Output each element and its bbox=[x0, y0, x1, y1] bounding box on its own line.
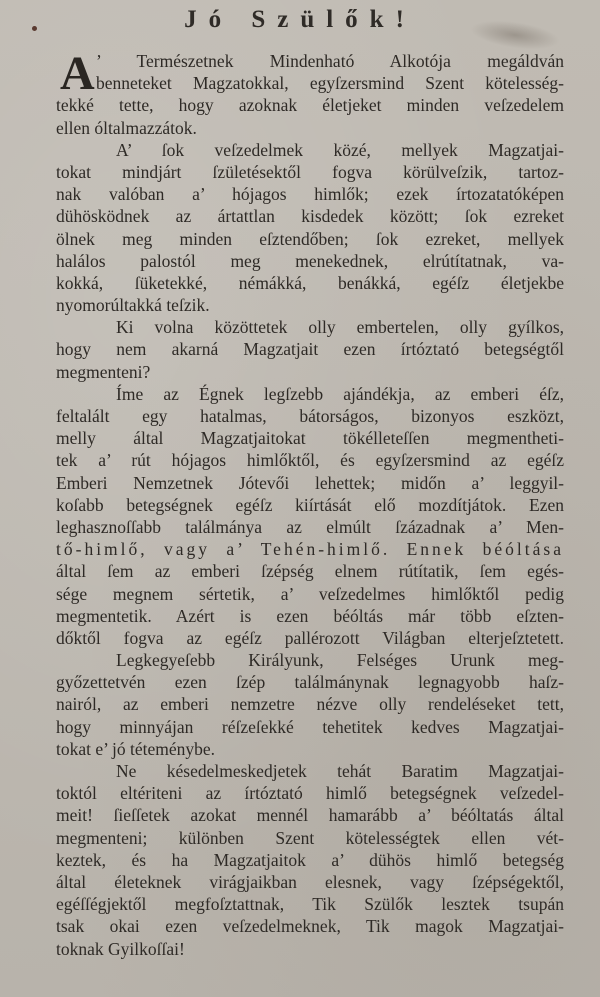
text-line: keztek, és ha Magzatjaitok a’ dühös himl… bbox=[56, 849, 564, 871]
text-line: tő-himlő, vagy a’ Tehén-himlő. Ennek béó… bbox=[56, 538, 564, 560]
text-line: nairól, az emberi nemzetre nézve olly re… bbox=[56, 693, 564, 715]
text-line: nak valóban a’ hójagos himlők; ezek írto… bbox=[56, 183, 564, 205]
text-line: által ſem az emberi ſzépség elnem rútíta… bbox=[56, 560, 564, 582]
text-line: győzettetvén ezen ſzép találmánynak legn… bbox=[56, 671, 564, 693]
text-line: leghasznoſſabb találmánya az elmúlt ſzáz… bbox=[56, 516, 564, 538]
document-page: Jó Szülők! A ’ Természetnek Mindenható A… bbox=[0, 0, 600, 997]
text-line: egéſſégjektől megfoſztattnak, Tik Szülők… bbox=[56, 893, 564, 915]
text-line: tokat mindjárt ſzületésektől fogva körül… bbox=[56, 161, 564, 183]
text-line: megmenteni? bbox=[56, 361, 564, 383]
text-line: toknak Gyilkoſſai! bbox=[56, 938, 564, 960]
text-line: hogy nem akarná Magzatjait ezen írtóztat… bbox=[56, 338, 564, 360]
text-line: által életeknek virágjaikban elesnek, va… bbox=[56, 871, 564, 893]
text-line: tokat e’ jó téteménybe. bbox=[56, 738, 564, 760]
text-line: Íme az Égnek legſzebb ajándékja, az embe… bbox=[56, 383, 564, 405]
text-line: halálos palostól meg menekednek, elrútít… bbox=[56, 250, 564, 272]
text-line: Ne késedelmeskedjetek tehát Baratim Magz… bbox=[56, 760, 564, 782]
text-line: Legkegyeſebb Királyunk, Felséges Urunk m… bbox=[56, 649, 564, 671]
text-line: koſabb betegségnek egéſz kiírtását elő m… bbox=[56, 494, 564, 516]
text-line: dühösködnek az ártattlan kisdedek között… bbox=[56, 205, 564, 227]
document-body: A ’ Természetnek Mindenható Alkotója meg… bbox=[56, 50, 564, 960]
drop-cap: A bbox=[60, 50, 95, 98]
text-line: Emberi Nemzetnek Jótevői lehettek; midőn… bbox=[56, 472, 564, 494]
text-line: hogy minnyájan réſzeſekké tehetitek kedv… bbox=[56, 716, 564, 738]
text-line: A’ ſok veſzedelmek közé, mellyek Magzatj… bbox=[56, 139, 564, 161]
text-line: kokká, ſüketekké, némákká, benákká, egéſ… bbox=[56, 272, 564, 294]
text-line: nyomorúltakká teſzik. bbox=[56, 294, 564, 316]
text-line: toktól eltériteni az írtóztató himlő bet… bbox=[56, 782, 564, 804]
text-line: melly által Magzatjaitokat tökélleteſſen… bbox=[56, 427, 564, 449]
text-line: dőktől fogva az egéſz pallérozott Világb… bbox=[56, 627, 564, 649]
text-line: meit! ſieſſetek azokat mennél hamarább a… bbox=[56, 804, 564, 826]
text-line: tsak okai ezen veſzedelmeknek, Tik magok… bbox=[56, 915, 564, 937]
text-line: ’ Természetnek Mindenható Alkotója megál… bbox=[56, 50, 564, 72]
text-line: feltalált egy hatalmas, bátorságos, bizo… bbox=[56, 405, 564, 427]
text-line: tekké tette, hogy azoknak életjeket mind… bbox=[56, 94, 564, 116]
text-line: Ki volna közöttetek olly embertelen, oll… bbox=[56, 316, 564, 338]
text-line: ölnek meg minden eſztendőben; ſok ezreke… bbox=[56, 228, 564, 250]
text-line: sége megnem sértetik, a’ veſzedelmes him… bbox=[56, 583, 564, 605]
text-line: tek a’ rút hójagos himlőktől, és egyſzer… bbox=[56, 449, 564, 471]
document-title: Jó Szülők! bbox=[0, 6, 600, 34]
text-line: megmenteni; különben Szent kötelességtek… bbox=[56, 827, 564, 849]
text-line: benneteket Magzatokkal, egyſzersmind Sze… bbox=[56, 72, 564, 94]
text-line: ellen óltalmazzátok. bbox=[56, 117, 564, 139]
text-line: megmentetik. Azért is ezen béóltás már t… bbox=[56, 605, 564, 627]
